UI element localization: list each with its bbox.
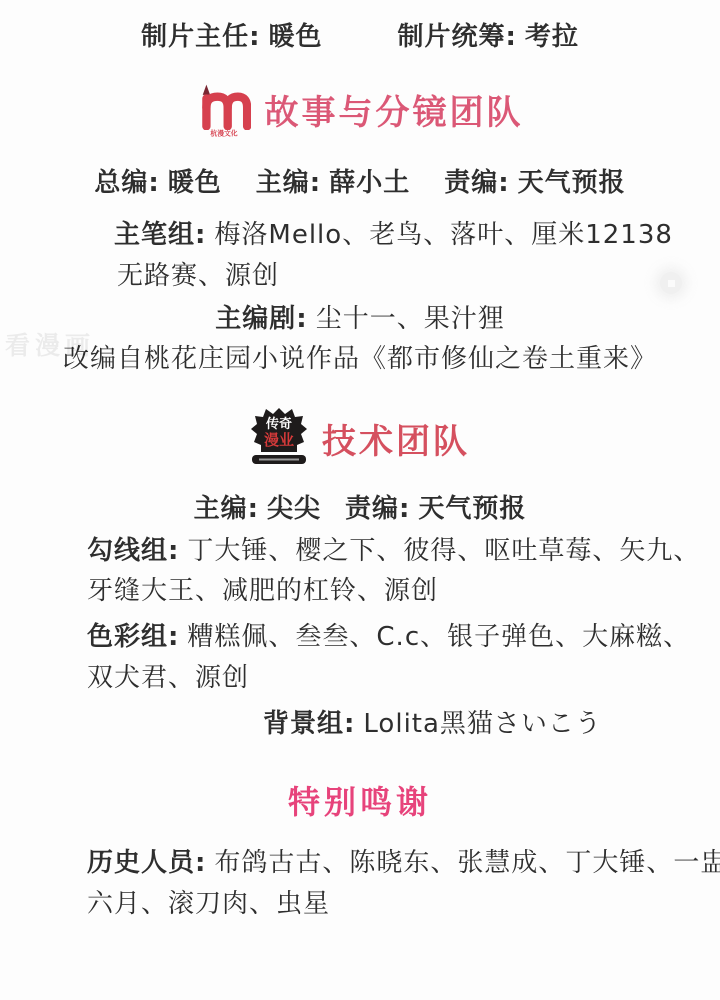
- producer-coordinator-label: 制片统筹:: [398, 22, 517, 52]
- chief-editor: 总编:暖色: [94, 162, 221, 199]
- history-line1: 历史人员:布鸽古古、陈晓东、张慧成、丁大锤、一盅羊、: [87, 842, 720, 879]
- tech-main-editor-label: 主编:: [194, 494, 259, 524]
- main-editor-value: 薛小土: [329, 168, 410, 198]
- responsible-editor-label: 责编:: [444, 168, 509, 198]
- pencil-group-line2: 无路赛、源创: [117, 255, 279, 292]
- tech-main-editor: 主编:尖尖: [194, 488, 321, 525]
- tech-main-editor-value: 尖尖: [267, 494, 321, 524]
- tech-responsible-editor: 责编:天气预报: [345, 488, 526, 525]
- adaptation-note: 改编自桃花庄园小说作品《都市修仙之卷土重来》: [0, 338, 720, 375]
- tech-section-title: 技术团队: [322, 414, 470, 463]
- color-group-line1: 色彩组:糟糕佩、叁叁、C.c、银子弹色、大麻糍、: [87, 616, 690, 653]
- faint-watermark-dot: [660, 272, 682, 294]
- tech-editors-line: 主编:尖尖 责编:天气预报: [0, 488, 720, 525]
- background-group-label: 背景组:: [263, 709, 355, 739]
- color-group-line2: 双犬君、源创: [87, 657, 249, 694]
- history-names: 布鸽古古、陈晓东、张慧成、丁大锤、一盅羊、: [214, 848, 720, 878]
- pencil-group-names-cont: 无路赛、源创: [117, 261, 279, 291]
- main-editor-label: 主编:: [256, 168, 321, 198]
- site-watermark: 看漫画: [5, 326, 95, 362]
- story-section-header: 杭漫文化 故事与分镜团队: [0, 76, 720, 142]
- pencil-group-line1: 主笔组:梅洛Mello、老鸟、落叶、厘米12138: [114, 214, 673, 251]
- responsible-editor-value: 天气预报: [518, 168, 626, 198]
- history-line2: 六月、滚刀肉、虫星: [87, 883, 330, 920]
- producer-director: 制片主任:暖色: [141, 16, 322, 53]
- responsible-editor: 责编:天气预报: [444, 162, 625, 199]
- screenwriter-line: 主编剧:尘十一、果汁狸: [0, 298, 720, 335]
- outline-group-line1: 勾线组:丁大锤、樱之下、彼得、呕吐草莓、矢九、: [87, 530, 700, 567]
- pencil-group-label: 主笔组:: [114, 220, 206, 250]
- badge-text-top: 传奇: [265, 416, 292, 432]
- chief-editor-value: 暖色: [168, 168, 222, 198]
- faint-watermark-dot-core: [668, 280, 675, 287]
- color-group-label: 色彩组:: [87, 622, 179, 652]
- background-group-line: 背景组:Lolita黑猫さいこう: [263, 703, 602, 740]
- tech-responsible-editor-label: 责编:: [345, 494, 410, 524]
- chief-editor-label: 总编:: [94, 168, 159, 198]
- color-group-names-cont: 双犬君、源创: [87, 663, 249, 693]
- hangman-culture-logo: 杭漫文化: [197, 80, 251, 138]
- outline-group-label: 勾线组:: [87, 536, 179, 566]
- outline-group-names-cont: 牙缝大王、减肥的杠铃、源创: [87, 576, 438, 606]
- thanks-title: 特别鸣谢: [0, 777, 720, 823]
- producer-director-value: 暖色: [268, 22, 322, 52]
- legend-comics-logo: 传奇 漫业: [250, 407, 308, 469]
- outline-group-names: 丁大锤、樱之下、彼得、呕吐草莓、矢九、: [187, 536, 700, 566]
- story-editors-line: 总编:暖色 主编:薛小土 责编:天气预报: [0, 162, 720, 199]
- screenwriter-label: 主编剧:: [215, 304, 307, 334]
- background-group-names: Lolita黑猫さいこう: [363, 709, 602, 739]
- color-group-names: 糟糕佩、叁叁、C.c、银子弹色、大麻糍、: [187, 622, 690, 652]
- history-names-cont: 六月、滚刀肉、虫星: [87, 889, 330, 919]
- outline-group-line2: 牙缝大王、减肥的杠铃、源创: [87, 570, 438, 607]
- history-label: 历史人员:: [87, 848, 206, 878]
- producers-line: 制片主任:暖色 制片统筹:考拉: [0, 16, 720, 53]
- logo-caption: 杭漫文化: [210, 131, 237, 138]
- screenwriter-names: 尘十一、果汁狸: [316, 304, 505, 334]
- producer-coordinator-value: 考拉: [525, 22, 579, 52]
- main-editor: 主编:薛小土: [256, 162, 410, 199]
- m-logo-icon: [197, 80, 251, 130]
- producer-director-label: 制片主任:: [141, 22, 260, 52]
- badge-text-bottom: 漫业: [264, 431, 294, 449]
- producer-coordinator: 制片统筹:考拉: [398, 16, 579, 53]
- tech-responsible-editor-value: 天气预报: [418, 494, 526, 524]
- badge-logo-icon: 传奇 漫业: [250, 407, 308, 469]
- tech-section-header: 传奇 漫业 技术团队: [0, 404, 720, 472]
- pencil-group-names: 梅洛Mello、老鸟、落叶、厘米12138: [214, 220, 673, 250]
- story-section-title: 故事与分镜团队: [265, 85, 524, 134]
